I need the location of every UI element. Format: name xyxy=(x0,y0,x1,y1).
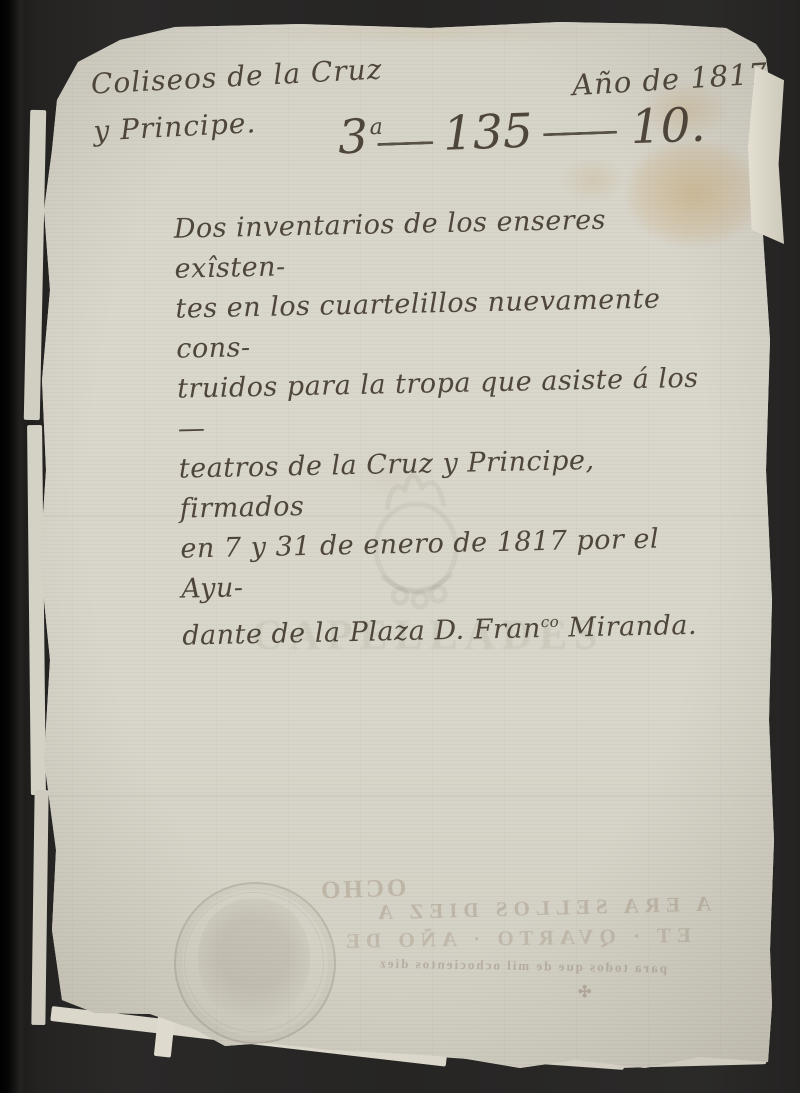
torn-paper-strip xyxy=(154,1016,175,1058)
edge-vignette xyxy=(0,0,800,1093)
scanned-manuscript-page: CAPELLADES Coliseos de la Cruz y Princip… xyxy=(0,0,800,1093)
underlying-leaf-edge xyxy=(27,425,46,795)
torn-corner-flap xyxy=(748,66,784,244)
manuscript-paper-sheet: CAPELLADES Coliseos de la Cruz y Princip… xyxy=(0,0,800,1093)
underlying-leaf-edge xyxy=(31,790,48,1025)
book-spine-shadow xyxy=(0,0,26,1093)
